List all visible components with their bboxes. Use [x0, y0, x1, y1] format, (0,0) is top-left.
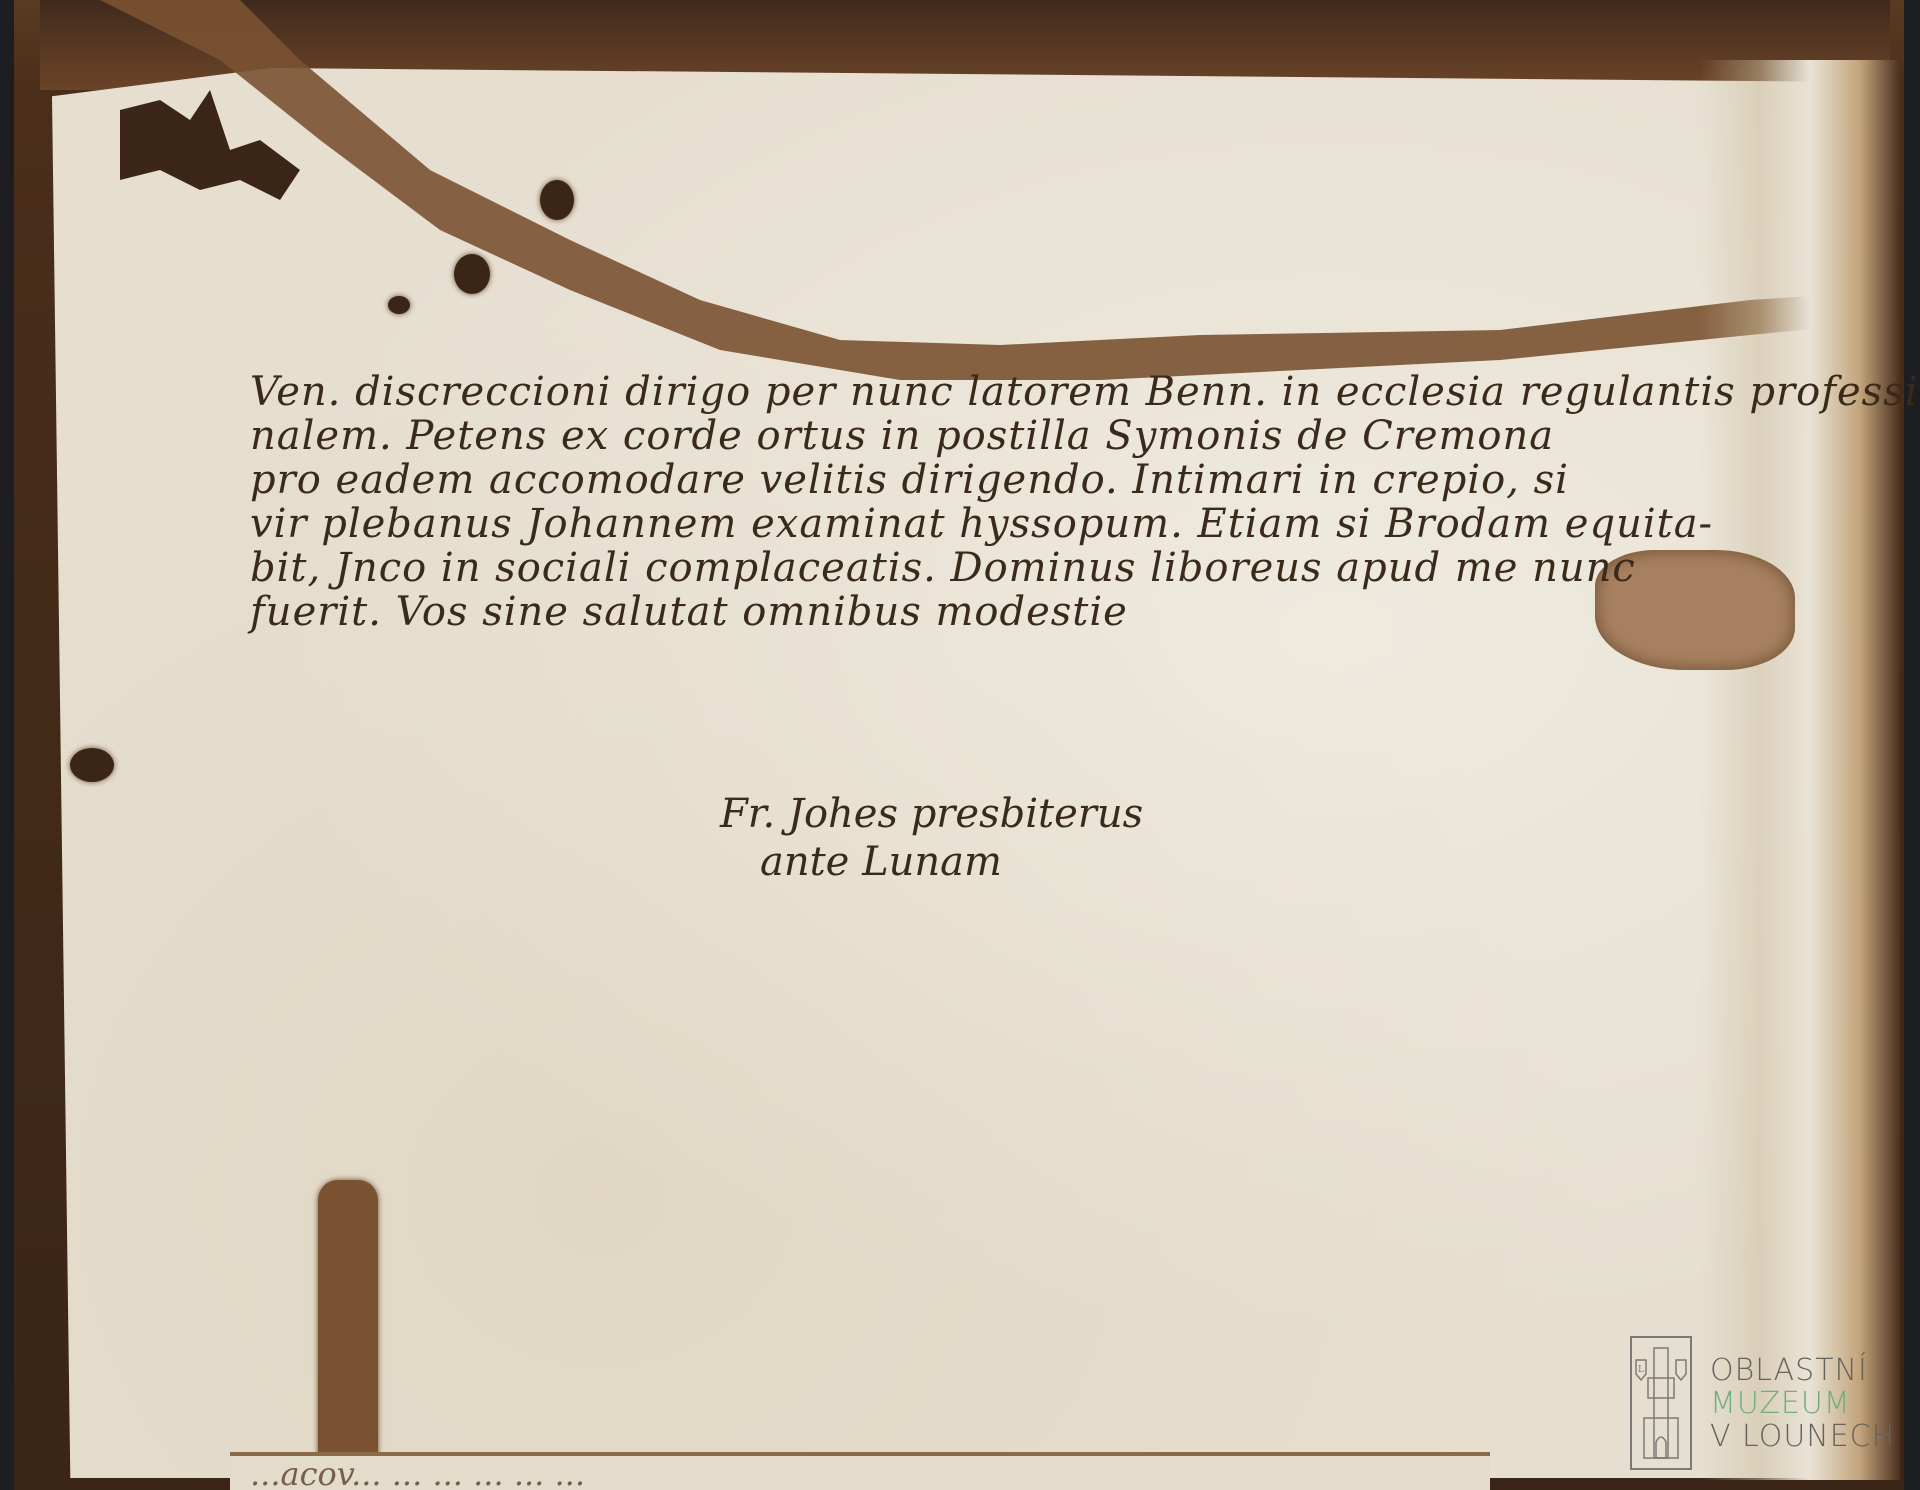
worm-hole	[454, 254, 490, 294]
bottom-strip-text: ...acov... ... ... ... ... ...	[250, 1455, 585, 1490]
manuscript-body: Ven. discreccioni dirigo per nunc latore…	[250, 370, 1630, 634]
worm-hole	[388, 296, 410, 314]
museum-watermark-logo: L OBLASTNÍ MUZEUM V LOUNECH	[1630, 1328, 1900, 1478]
logo-line-2: MUZEUM	[1710, 1387, 1895, 1420]
manuscript-line: bit, Jnco in sociali complaceatis. Domin…	[250, 546, 1630, 590]
manuscript-line: vir plebanus Johannem examinat hyssopum.…	[250, 502, 1630, 546]
logo-line-3: V LOUNECH	[1710, 1420, 1895, 1453]
signature-block: Fr. Johes presbiterus ante Lunam	[720, 790, 1143, 886]
signature-line: Fr. Johes presbiterus	[720, 790, 1143, 838]
manuscript-line: Ven. discreccioni dirigo per nunc latore…	[250, 370, 1630, 414]
worm-hole	[540, 180, 574, 220]
manuscript-line: pro eadem accomodare velitis dirigendo. …	[250, 458, 1630, 502]
logo-line-1: OBLASTNÍ	[1710, 1354, 1895, 1387]
manuscript-line: nalem. Petens ex corde ortus in postilla…	[250, 414, 1630, 458]
signature-line: ante Lunam	[720, 838, 1143, 886]
page-right-edge	[1700, 60, 1900, 1480]
town-tower-crest-icon: L	[1630, 1336, 1692, 1470]
manuscript-line: fuerit. Vos sine salutat omnibus modesti…	[250, 590, 1630, 634]
tear	[318, 1180, 378, 1480]
worm-hole	[70, 748, 114, 782]
svg-text:L: L	[1638, 1365, 1644, 1375]
museum-name: OBLASTNÍ MUZEUM V LOUNECH	[1710, 1354, 1895, 1453]
